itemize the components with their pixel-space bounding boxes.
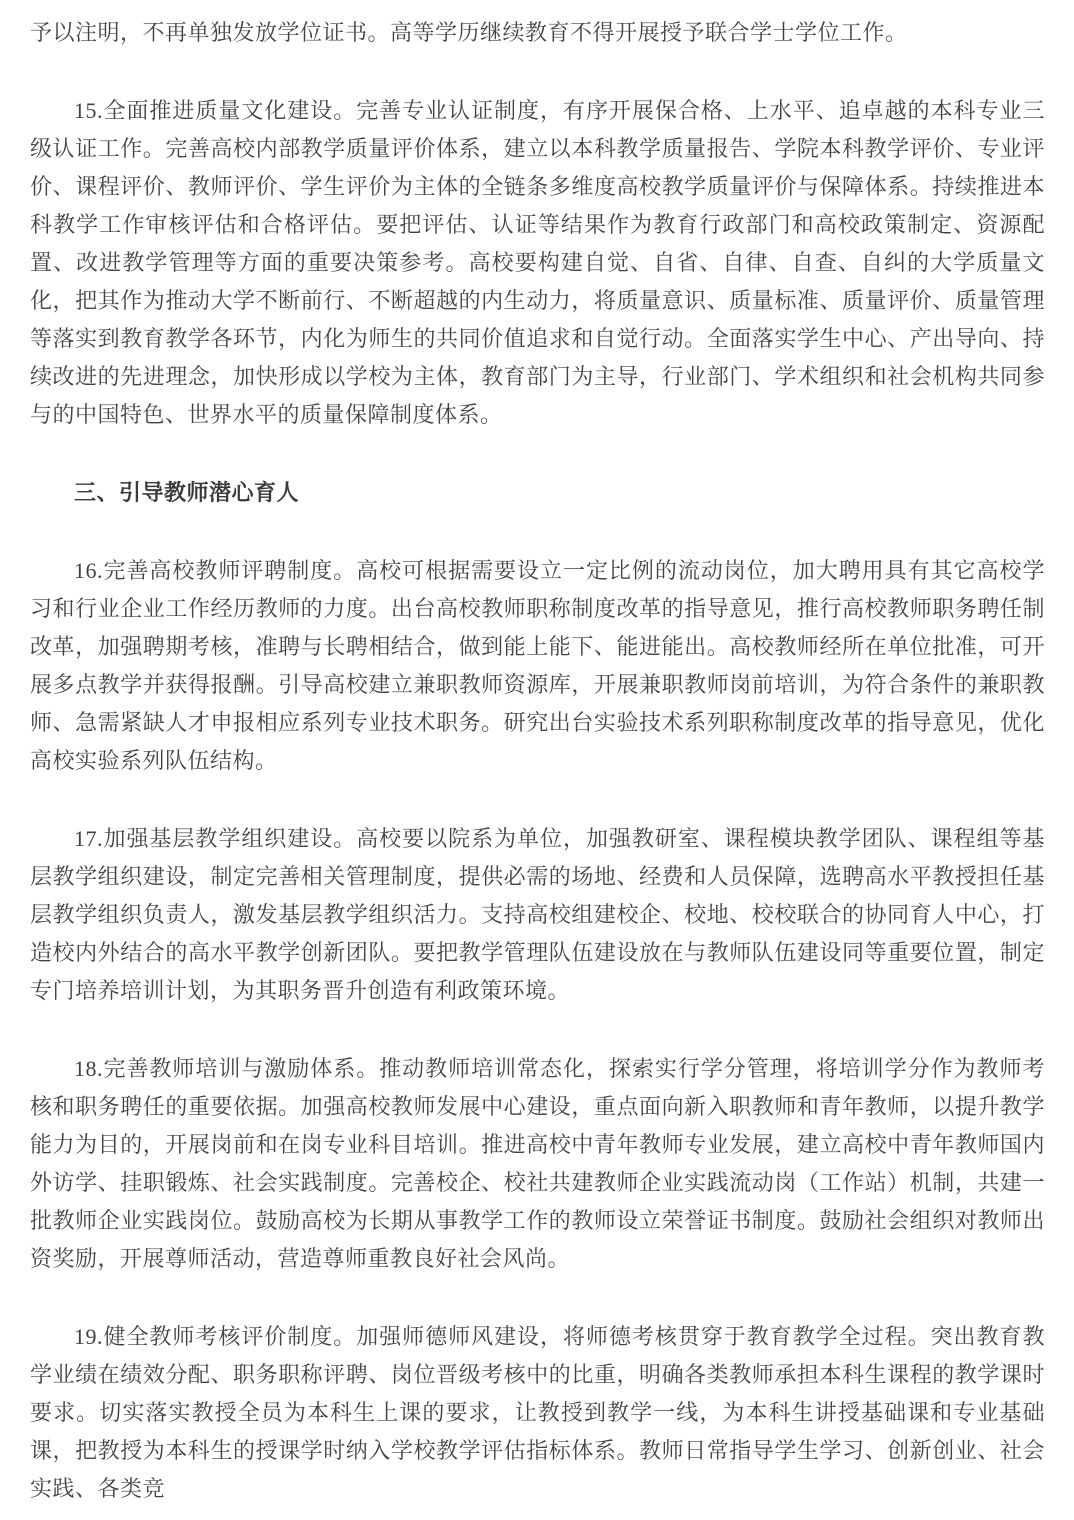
paragraph-item-15: 15.全面推进质量文化建设。完善专业认证制度，有序开展保合格、上水平、追卓越的本… xyxy=(30,92,1045,434)
paragraph-item-18: 18.完善教师培训与激励体系。推动教师培训常态化，探索实行学分管理，将培训学分作… xyxy=(30,1050,1045,1278)
paragraph-continuation: 予以注明，不再单独发放学位证书。高等学历继续教育不得开展授予联合学士学位工作。 xyxy=(30,14,1045,52)
section-heading-teachers: 三、引导教师潜心育人 xyxy=(30,474,1045,512)
paragraph-item-17: 17.加强基层教学组织建设。高校要以院系为单位，加强教研室、课程模块教学团队、课… xyxy=(30,820,1045,1010)
paragraph-item-19: 19.健全教师考核评价制度。加强师德师风建设，将师德考核贯穿于教育教学全过程。突… xyxy=(30,1318,1045,1508)
document-page: 予以注明，不再单独发放学位证书。高等学历继续教育不得开展授予联合学士学位工作。 … xyxy=(0,0,1074,1520)
paragraph-item-16: 16.完善高校教师评聘制度。高校可根据需要设立一定比例的流动岗位，加大聘用具有其… xyxy=(30,552,1045,780)
